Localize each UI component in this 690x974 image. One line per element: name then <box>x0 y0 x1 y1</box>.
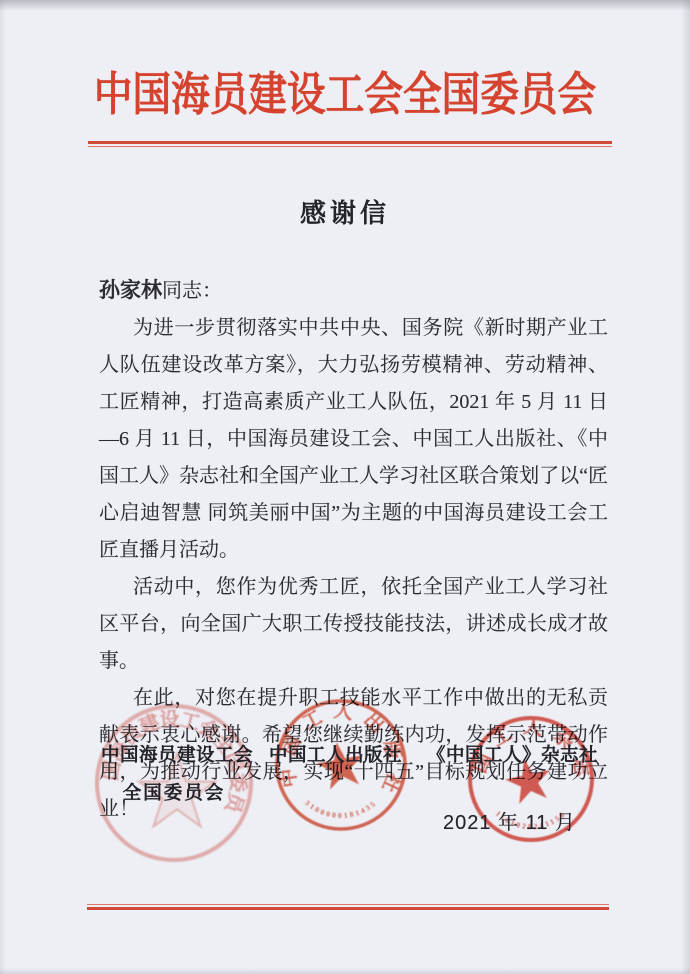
letterhead-rule-thin <box>88 146 612 147</box>
signature-date: 2021 年 11 月 <box>443 806 576 835</box>
signature-union-line2: 全国委员会 <box>101 779 247 805</box>
salutation-line: 孙家林同志： <box>99 272 608 310</box>
body-paragraph-2: 活动中，您作为优秀工匠，依托全国产业工人学习社区平台，向全国广大职工传授技能技法… <box>99 569 608 680</box>
footer-rule-thick <box>87 907 609 910</box>
letterhead-rule-thick <box>88 141 612 144</box>
scanned-letter-page: 中国海员建设工会全国委员会 感谢信 孙家林同志： 为进一步贯彻落实中共中央、国务… <box>0 0 690 974</box>
letter-title: 感谢信 <box>0 193 690 230</box>
signature-press: 中国工人出版社 <box>269 741 402 767</box>
body-paragraph-1: 为进一步贯彻落实中共中央、国务院《新时期产业工人队伍建设改革方案》，大力弘扬劳模… <box>99 310 608 569</box>
seal-serial-number: 3100000181435 <box>303 798 379 820</box>
signature-magazine: 《中国工人》杂志社 <box>427 741 598 767</box>
footer-rule-thin <box>87 904 609 905</box>
letterhead-org-name: 中国海员建设工会全国委员会 <box>55 66 635 124</box>
salutation-suffix: 同志： <box>162 280 222 302</box>
signature-union-line1: 中国海员建设工会 <box>101 741 253 767</box>
recipient-name: 孙家林 <box>99 278 162 302</box>
footer-rule <box>87 904 609 910</box>
letterhead-rule <box>88 141 612 147</box>
